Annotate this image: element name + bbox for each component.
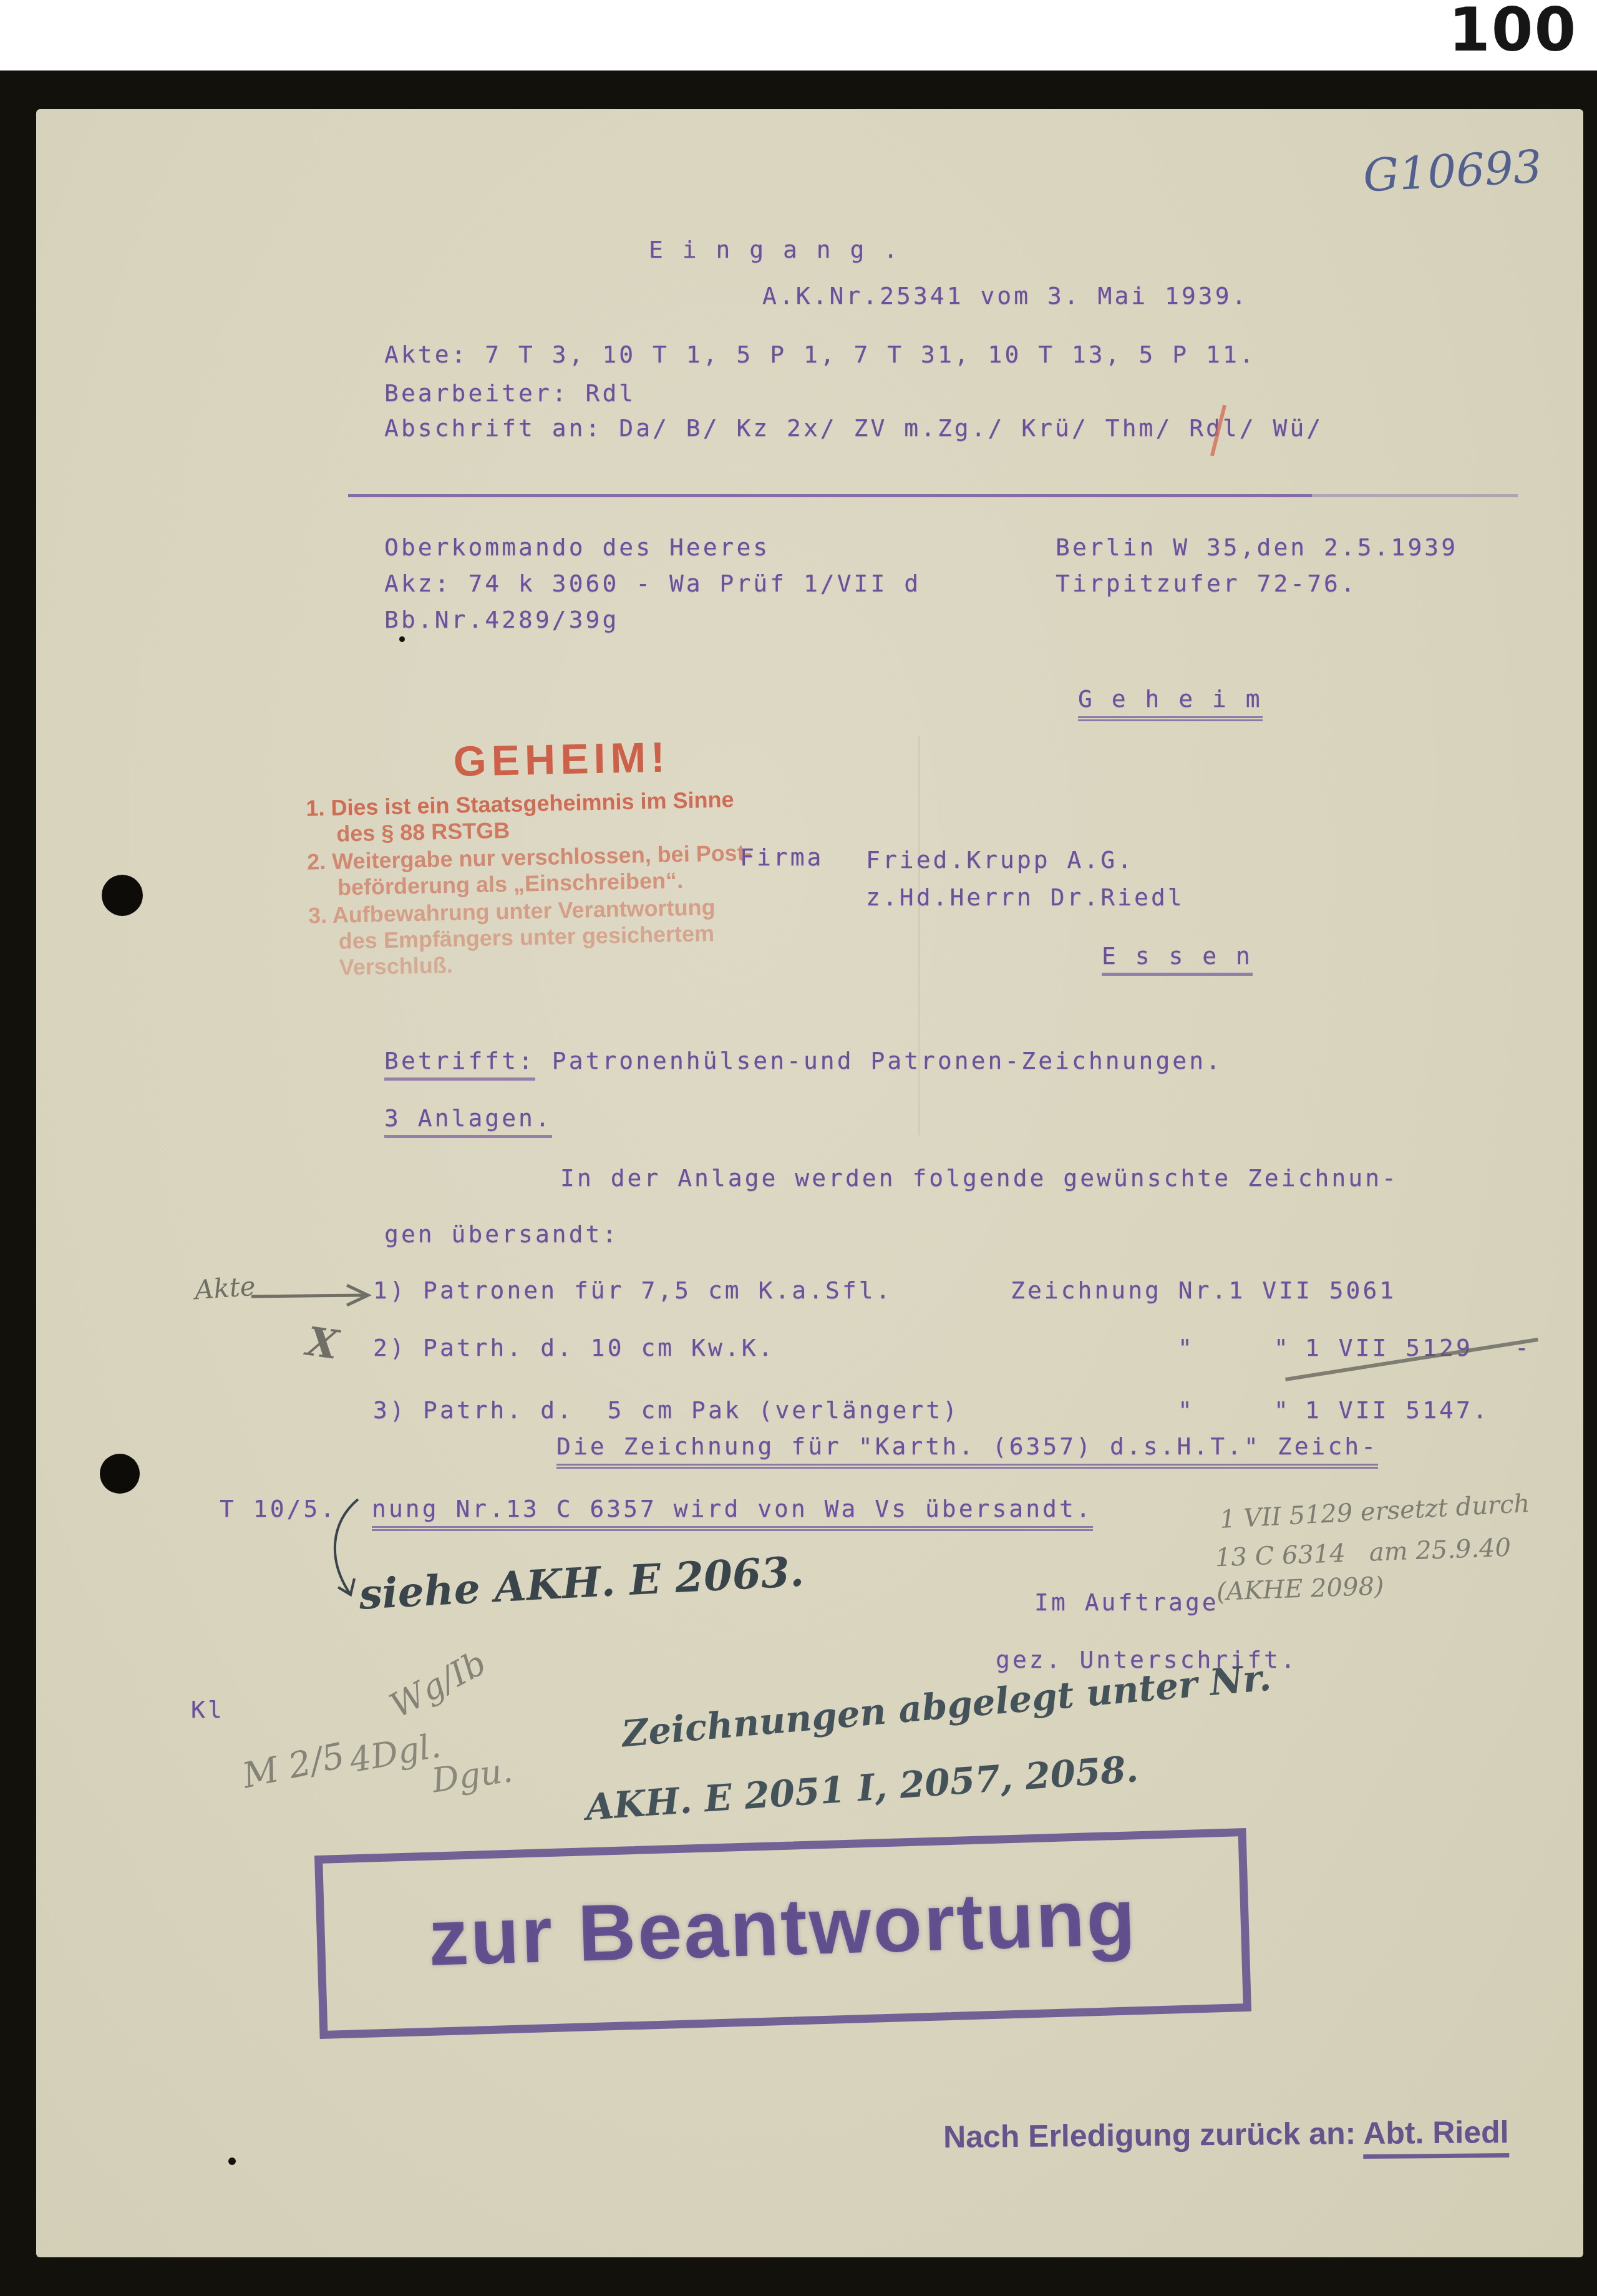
sender-street: Tirpitzufer 72-76. bbox=[1056, 570, 1357, 597]
geheim-stamp-title: GEHEIM! bbox=[453, 733, 670, 786]
paper-speck bbox=[399, 636, 405, 642]
sender-bb-number: Bb.Nr.4289/39g bbox=[384, 606, 619, 633]
betrifft-line: Betrifft: Patronenhülsen-und Patronen-Ze… bbox=[384, 1047, 1223, 1074]
item-desc: Patronen für 7,5 cm K.a.Sfl. bbox=[423, 1277, 893, 1304]
beantwortung-stamp: zur Beantwortung bbox=[314, 1828, 1251, 2039]
separator-rule-faint bbox=[1312, 494, 1518, 497]
body-paragraph: gen übersandt: bbox=[384, 1220, 619, 1248]
geheim-stamp-line: des § 88 RSTGB bbox=[336, 817, 510, 847]
anlagen-line: 3 Anlagen. bbox=[384, 1104, 552, 1138]
kl-initial: Kl bbox=[191, 1696, 225, 1723]
punch-hole bbox=[100, 1454, 140, 1494]
karth-sentence-line1: Die Zeichnung für "Karth. (6357) d.s.H.T… bbox=[556, 1433, 1378, 1469]
item-drawing-number: 1 VII 5147. bbox=[1305, 1396, 1490, 1424]
geheim-stamp-line: Verschluß. bbox=[339, 952, 453, 981]
scan-margin-bar: 100 bbox=[0, 0, 1597, 71]
akte-pencil-note: Akte bbox=[193, 1271, 256, 1306]
paper-crease bbox=[918, 736, 920, 1136]
punch-hole bbox=[102, 875, 143, 916]
geheim-stamp-line: 1. Dies ist ein Staatsgeheimnis im Sinne bbox=[306, 786, 734, 821]
return-stamp-department: Abt. Riedl bbox=[1363, 2114, 1509, 2159]
sender-name: Oberkommando des Heeres bbox=[384, 533, 770, 561]
recipient-attn: z.Hd.Herrn Dr.Riedl bbox=[866, 883, 1185, 911]
folio-page-number: 100 bbox=[1449, 0, 1577, 65]
return-stamp: Nach Erledigung zurück an: Abt. Riedl bbox=[943, 2114, 1509, 2155]
item-number: 3) bbox=[373, 1396, 407, 1424]
ditto-mark: " bbox=[1274, 1396, 1291, 1424]
pencil-x-mark: X bbox=[304, 1318, 341, 1369]
item-desc: Patrh. d. 5 cm Pak (verlängert) bbox=[423, 1396, 959, 1424]
archive-code-handwriting: G10693 bbox=[1362, 140, 1543, 202]
geheim-typed: G e h e i m bbox=[1078, 685, 1263, 721]
ditto-mark: " bbox=[1178, 1334, 1195, 1361]
abschrift-line: Abschrift an: Da/ B/ Kz 2x/ ZV m.Zg./ Kr… bbox=[384, 414, 1323, 442]
pencil-replacement-note: (AKHE 2098) bbox=[1216, 1572, 1384, 1606]
pencil-arrow-icon bbox=[248, 1279, 379, 1311]
betrifft-label: Betrifft: bbox=[384, 1047, 535, 1081]
item-drawing-number: 1 VII 5129 bbox=[1305, 1334, 1473, 1361]
return-stamp-label: Nach Erledigung zurück an: bbox=[943, 2116, 1364, 2154]
ditto-mark: " bbox=[1178, 1396, 1195, 1424]
item-drawing-ref: Zeichnung Nr.1 VII 5061 bbox=[1011, 1277, 1396, 1304]
beantwortung-stamp-text: zur Beantwortung bbox=[323, 1836, 1243, 2019]
item-desc: Patrh. d. 10 cm Kw.K. bbox=[423, 1334, 775, 1361]
place-date: Berlin W 35,den 2.5.1939 bbox=[1056, 533, 1458, 561]
body-paragraph: In der Anlage werden folgende gewünschte… bbox=[560, 1164, 1399, 1192]
scanned-document: 100 G10693 E i n g a n g . A.K.Nr.25341 … bbox=[0, 0, 1597, 2296]
eingang-heading: E i n g a n g . bbox=[649, 236, 900, 263]
paper-speck bbox=[228, 2157, 236, 2165]
recipient-firma: Firma bbox=[740, 844, 823, 871]
item-suffix-dash: - bbox=[1515, 1334, 1531, 1361]
bearbeiter-line: Bearbeiter: Rdl bbox=[384, 379, 636, 407]
eingang-ak-number: A.K.Nr.25341 vom 3. Mai 1939. bbox=[762, 282, 1248, 309]
recipient-city: E s s e n bbox=[1102, 942, 1253, 976]
im-auftrage-line: Im Auftrage bbox=[1034, 1588, 1219, 1616]
item-number: 2) bbox=[373, 1334, 407, 1361]
recipient-name: Fried.Krupp A.G. bbox=[866, 846, 1134, 873]
betrifft-text: Patronenhülsen-und Patronen-Zeichnungen. bbox=[535, 1047, 1223, 1074]
karth-sentence-line2: nung Nr.13 C 6357 wird von Wa Vs übersan… bbox=[372, 1495, 1093, 1531]
ditto-mark: " bbox=[1274, 1334, 1291, 1361]
separator-rule bbox=[348, 494, 1312, 497]
sender-file-ref: Akz: 74 k 3060 - Wa Prüf 1/VII d bbox=[384, 570, 921, 597]
akte-line: Akte: 7 T 3, 10 T 1, 5 P 1, 7 T 31, 10 T… bbox=[384, 341, 1256, 368]
